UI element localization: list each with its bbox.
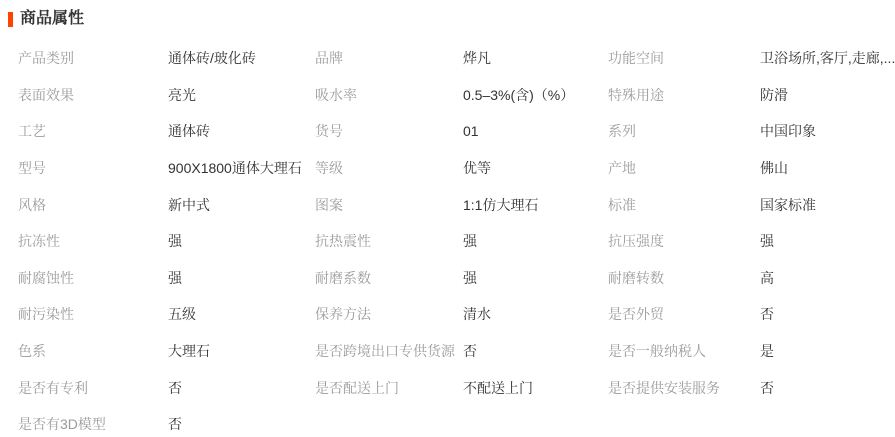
attr-label: 抗热震性 <box>315 231 463 251</box>
attr-value: 优等 <box>463 158 608 178</box>
attr-value: 900X1800通体大理石 <box>168 158 315 178</box>
attributes-table: 产品类别通体砖/玻化砖品牌烨凡功能空间卫浴场所,客厅,走廊,...表面效果亮光吸… <box>18 40 895 437</box>
attr-label: 品牌 <box>315 48 463 68</box>
attr-label: 是否配送上门 <box>315 378 463 398</box>
attr-label: 是否外贸 <box>608 304 760 324</box>
attr-label: 功能空间 <box>608 48 760 68</box>
attr-value: 0.5–3%(含)（%） <box>463 85 608 105</box>
attr-value: 强 <box>168 268 315 288</box>
attr-value: 强 <box>760 231 895 251</box>
section-header: 商品属性 <box>0 0 895 28</box>
attr-value: 否 <box>760 378 895 398</box>
attr-label: 图案 <box>315 195 463 215</box>
attr-value: 高 <box>760 268 895 288</box>
attr-value: 防滑 <box>760 85 895 105</box>
attr-label: 产品类别 <box>18 48 168 68</box>
attr-value: 是 <box>760 341 895 361</box>
attr-label: 耐磨转数 <box>608 268 760 288</box>
attr-value: 亮光 <box>168 85 315 105</box>
attr-label: 保养方法 <box>315 304 463 324</box>
attr-value: 卫浴场所,客厅,走廊,... <box>760 48 895 68</box>
attr-label: 型号 <box>18 158 168 178</box>
attr-label: 抗压强度 <box>608 231 760 251</box>
attr-label: 是否跨境出口专供货源 <box>315 341 463 361</box>
section-accent-bar <box>8 12 13 27</box>
attr-label: 系列 <box>608 121 760 141</box>
attr-value: 01 <box>463 123 608 139</box>
section-title: 商品属性 <box>20 11 84 27</box>
attr-value: 通体砖 <box>168 121 315 141</box>
attr-label: 是否有3D模型 <box>18 414 168 434</box>
attr-label: 风格 <box>18 195 168 215</box>
attr-value: 1:1仿大理石 <box>463 195 608 215</box>
attr-label: 耐磨系数 <box>315 268 463 288</box>
attr-value: 清水 <box>463 304 608 324</box>
attr-label: 色系 <box>18 341 168 361</box>
attr-value: 强 <box>168 231 315 251</box>
attr-label: 等级 <box>315 158 463 178</box>
attr-value: 中国印象 <box>760 121 895 141</box>
attr-value: 国家标准 <box>760 195 895 215</box>
attr-value: 强 <box>463 268 608 288</box>
attr-value: 否 <box>168 414 315 434</box>
attr-label: 抗冻性 <box>18 231 168 251</box>
attr-label: 耐污染性 <box>18 304 168 324</box>
attr-value: 不配送上门 <box>463 378 608 398</box>
attr-value: 佛山 <box>760 158 895 178</box>
attr-value: 否 <box>760 304 895 324</box>
attr-value: 否 <box>168 378 315 398</box>
attr-label: 表面效果 <box>18 85 168 105</box>
attr-value: 五级 <box>168 304 315 324</box>
attr-value: 新中式 <box>168 195 315 215</box>
attr-value: 烨凡 <box>463 48 608 68</box>
attr-label: 货号 <box>315 121 463 141</box>
attr-value: 强 <box>463 231 608 251</box>
attr-label: 产地 <box>608 158 760 178</box>
attr-label: 是否提供安装服务 <box>608 378 760 398</box>
attr-label: 耐腐蚀性 <box>18 268 168 288</box>
attr-label: 是否一般纳税人 <box>608 341 760 361</box>
attr-value: 大理石 <box>168 341 315 361</box>
attr-value: 通体砖/玻化砖 <box>168 48 315 68</box>
attr-label: 吸水率 <box>315 85 463 105</box>
attr-value: 否 <box>463 341 608 361</box>
attr-label: 是否有专利 <box>18 378 168 398</box>
attr-label: 标准 <box>608 195 760 215</box>
attr-label: 特殊用途 <box>608 85 760 105</box>
attr-label: 工艺 <box>18 121 168 141</box>
